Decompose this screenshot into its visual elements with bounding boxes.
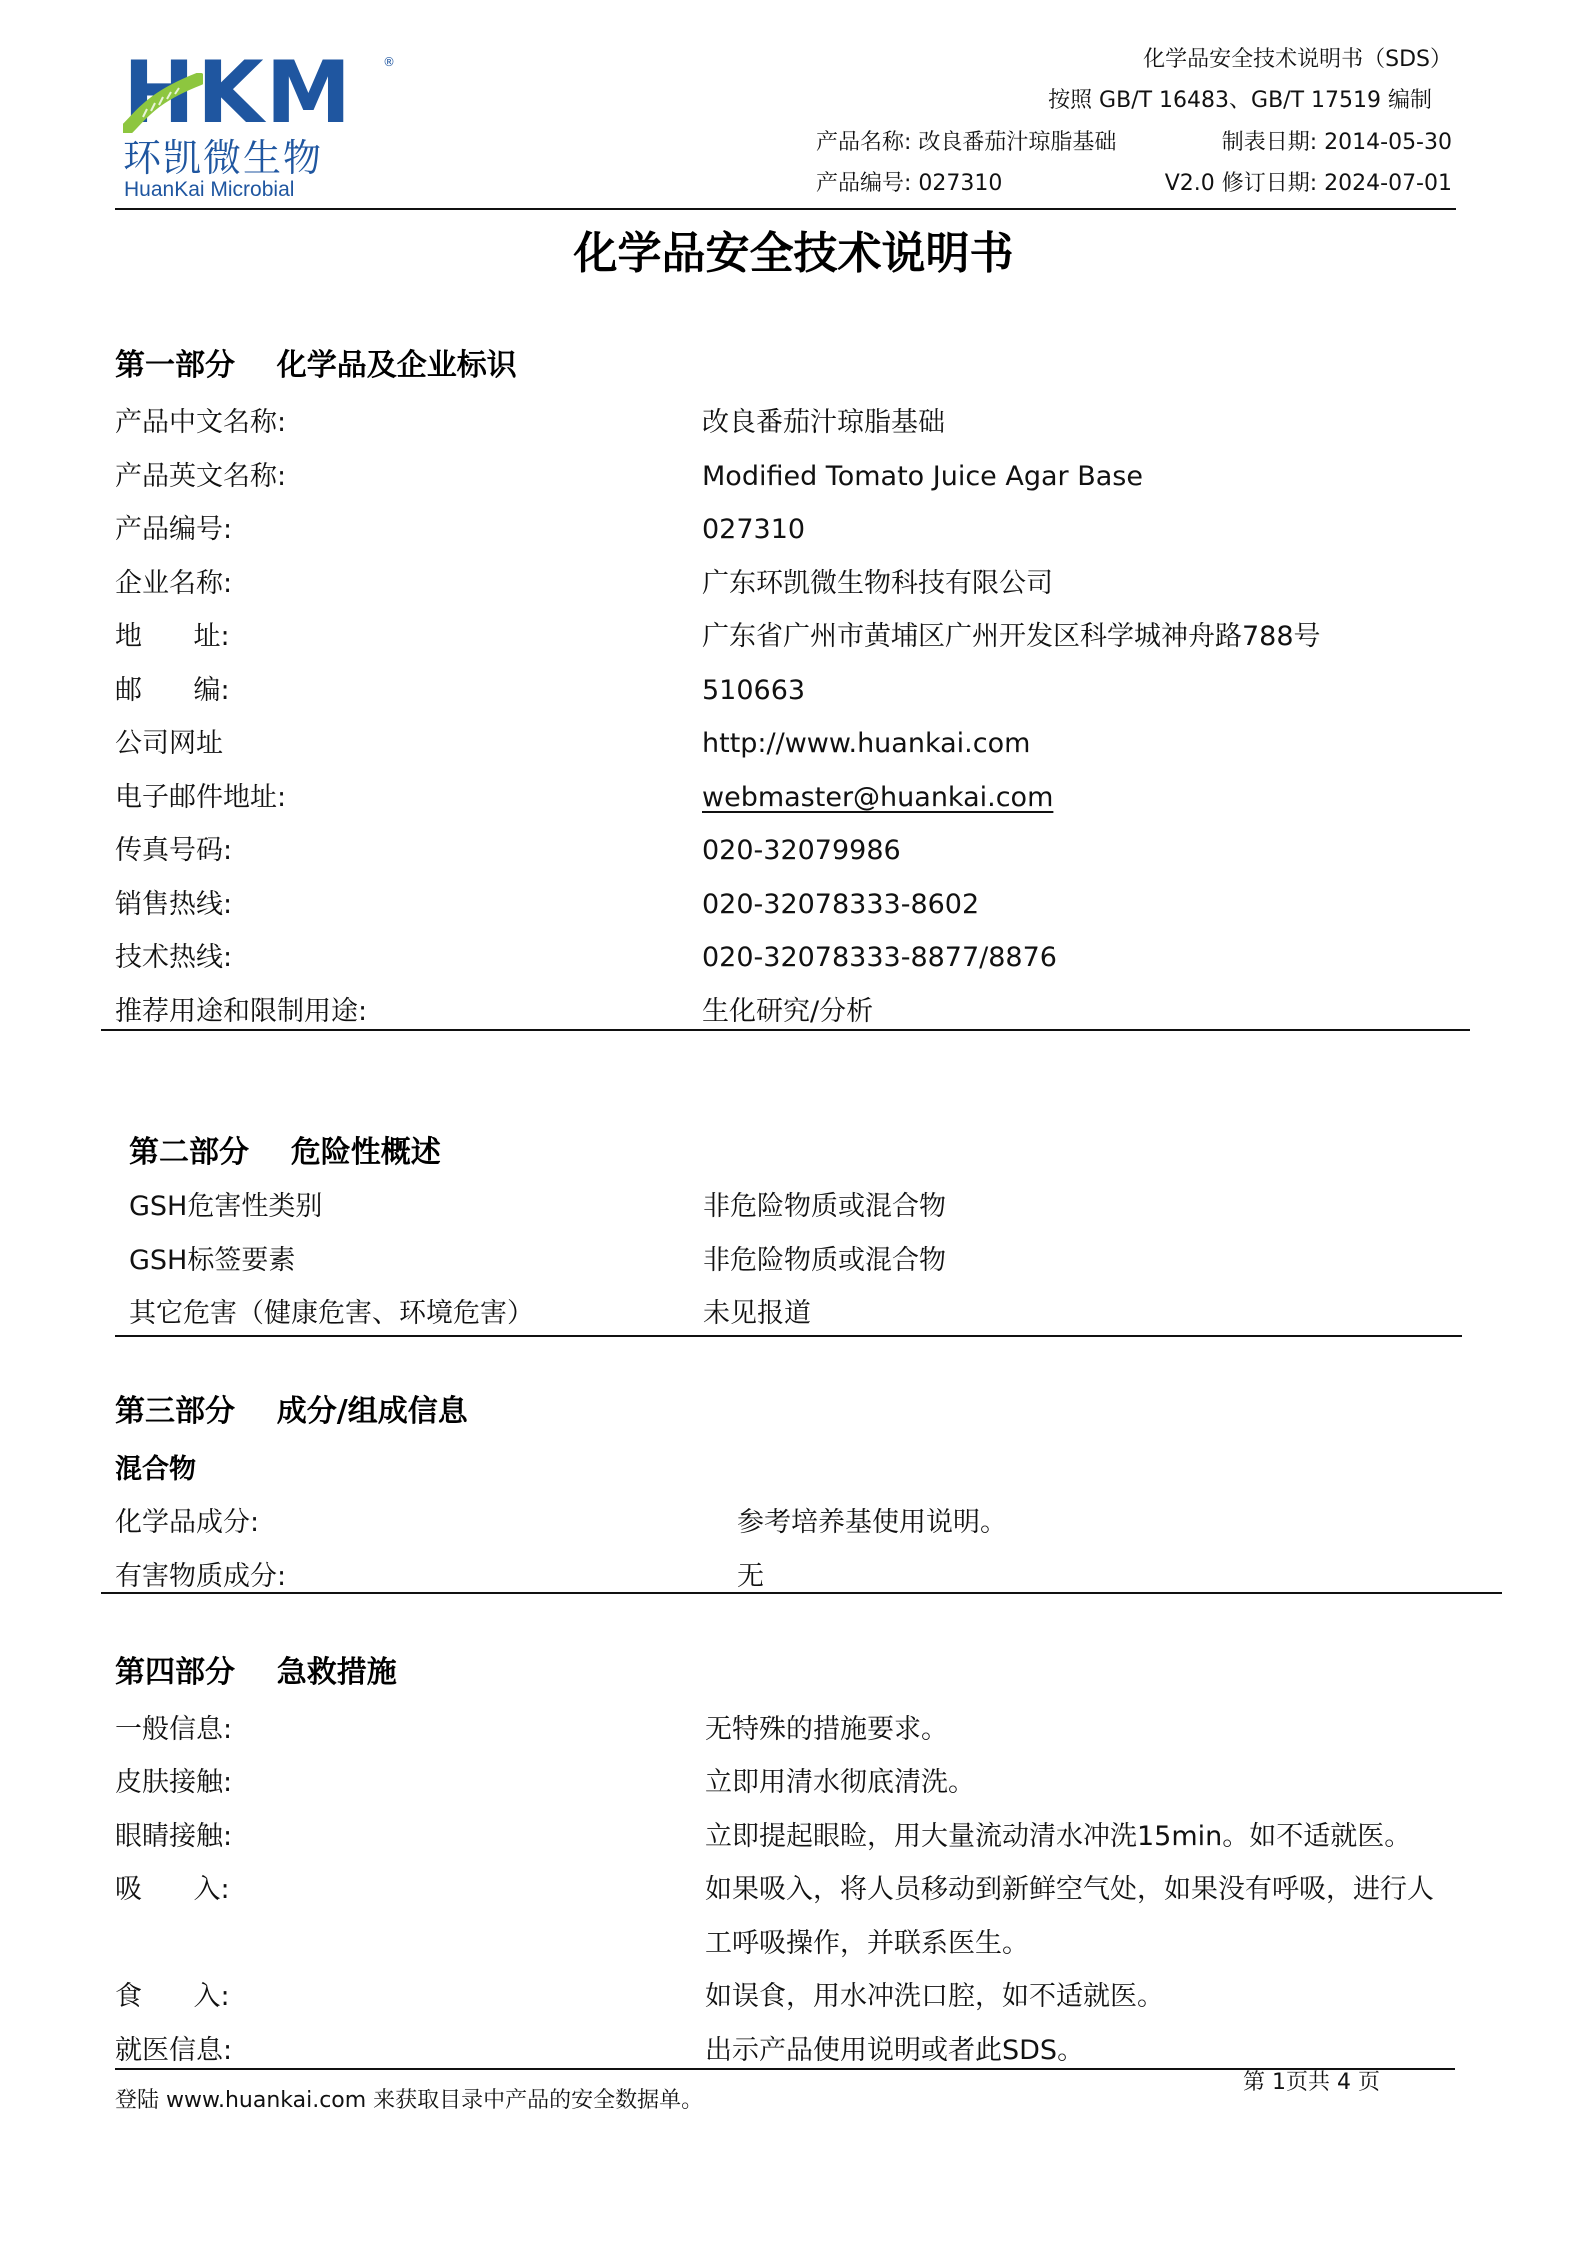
section2-label: GSH标签要素 (129, 1244, 295, 1278)
section4-value: 立即提起眼睑，用大量流动清水冲洗15min。如不适就医。 (705, 1820, 1411, 1854)
section1-value: Modified Tomato Juice Agar Base (702, 460, 1143, 494)
section2-value: 非危险物质或混合物 (703, 1190, 946, 1224)
website-link[interactable]: http://www.huankai.com (702, 727, 1030, 761)
logo-name-en: HuanKai Microbial (124, 179, 294, 201)
section3-divider (101, 1592, 1502, 1594)
section1-value: 510663 (702, 674, 805, 708)
header-created-date: 制表日期: 2014-05-30 (1222, 129, 1452, 157)
mixture-subheading: 混合物 (115, 1453, 196, 1487)
section3-heading: 第三部分 成分/组成信息 (115, 1394, 468, 1430)
section2-divider (115, 1335, 1462, 1337)
section1-label: 产品编号: (115, 513, 232, 547)
section1-value: 020-32078333-8602 (702, 888, 979, 922)
header-divider (115, 208, 1456, 210)
section2-heading: 第二部分 危险性概述 (129, 1135, 441, 1171)
section1-label: 产品英文名称: (115, 460, 286, 494)
section4-value: 无特殊的措施要求。 (705, 1713, 948, 1747)
section1-value: 广东省广州市黄埔区广州开发区科学城神舟路788号 (702, 620, 1321, 654)
section4-value-continued: 工呼吸操作，并联系医生。 (705, 1927, 1029, 1961)
section1-label: 产品中文名称: (115, 406, 286, 440)
section3-value: 参考培养基使用说明。 (737, 1506, 1007, 1540)
section1-label: 电子邮件地址: (115, 781, 286, 815)
section1-divider (101, 1029, 1470, 1031)
page-title: 化学品安全技术说明书 (0, 226, 1587, 282)
section3-label: 有害物质成分: (115, 1560, 286, 1594)
section1-value: 027310 (702, 513, 805, 547)
email-link[interactable]: webmaster@huankai.com (702, 781, 1053, 815)
standard-note: 按照 GB/T 16483、GB/T 17519 编制 (1048, 87, 1432, 115)
section4-label: 就医信息: (115, 2034, 232, 2068)
section1-value: 改良番茄汁琼脂基础 (702, 406, 945, 440)
section1-label: 传真号码: (115, 834, 232, 868)
header-revision: V2.0 修订日期: 2024-07-01 (1165, 170, 1452, 198)
section1-label: 公司网址 (115, 727, 223, 761)
section4-label: 眼睛接触: (115, 1820, 232, 1854)
footer-note: 登陆 www.huankai.com 来获取目录中产品的安全数据单。 (115, 2087, 703, 2115)
company-logo: HKM ® 环凯微生物 HuanKai Microbial (123, 55, 393, 203)
section2-value: 非危险物质或混合物 (703, 1244, 946, 1278)
section1-label: 技术热线: (115, 941, 232, 975)
section1-label: 销售热线: (115, 888, 232, 922)
header-product-code: 产品编号: 027310 (816, 170, 1002, 198)
section2-label: GSH危害性类别 (129, 1190, 322, 1224)
header-product-name: 产品名称: 改良番茄汁琼脂基础 (816, 129, 1116, 157)
section4-value: 如果吸入，将人员移动到新鲜空气处，如果没有呼吸，进行人 (705, 1873, 1434, 1907)
section1-heading: 第一部分 化学品及企业标识 (115, 348, 517, 384)
section1-value: 020-32078333-8877/8876 (702, 941, 1057, 975)
section3-value: 无 (737, 1560, 764, 1594)
section1-label: 推荐用途和限制用途: (115, 995, 367, 1029)
section4-value: 立即用清水彻底清洗。 (705, 1766, 975, 1800)
section1-label: 邮 编: (115, 674, 230, 708)
section4-label: 皮肤接触: (115, 1766, 232, 1800)
logo-name-cn: 环凯微生物 (123, 137, 323, 179)
section4-value: 出示产品使用说明或者此SDS。 (705, 2034, 1084, 2068)
section2-value: 未见报道 (703, 1297, 811, 1331)
section1-label: 地 址: (115, 620, 230, 654)
section1-label: 企业名称: (115, 567, 232, 601)
section1-value: 生化研究/分析 (702, 995, 873, 1029)
doc-type: 化学品安全技术说明书（SDS） (1143, 46, 1452, 74)
dna-helix-icon (123, 73, 203, 133)
section4-label: 食 入: (115, 1980, 230, 2014)
page-number: 第 1页共 4 页 (1243, 2069, 1380, 2097)
section3-label: 化学品成分: (115, 1506, 259, 1540)
section4-label: 一般信息: (115, 1713, 232, 1747)
section4-heading: 第四部分 急救措施 (115, 1655, 397, 1691)
section2-label: 其它危害（健康危害、环境危害） (129, 1297, 534, 1331)
section1-value: 广东环凯微生物科技有限公司 (702, 567, 1053, 601)
section1-value: 020-32079986 (702, 834, 901, 868)
section4-label: 吸 入: (115, 1873, 230, 1907)
registered-mark: ® (383, 55, 395, 69)
section4-value: 如误食，用水冲洗口腔，如不适就医。 (705, 1980, 1164, 2014)
